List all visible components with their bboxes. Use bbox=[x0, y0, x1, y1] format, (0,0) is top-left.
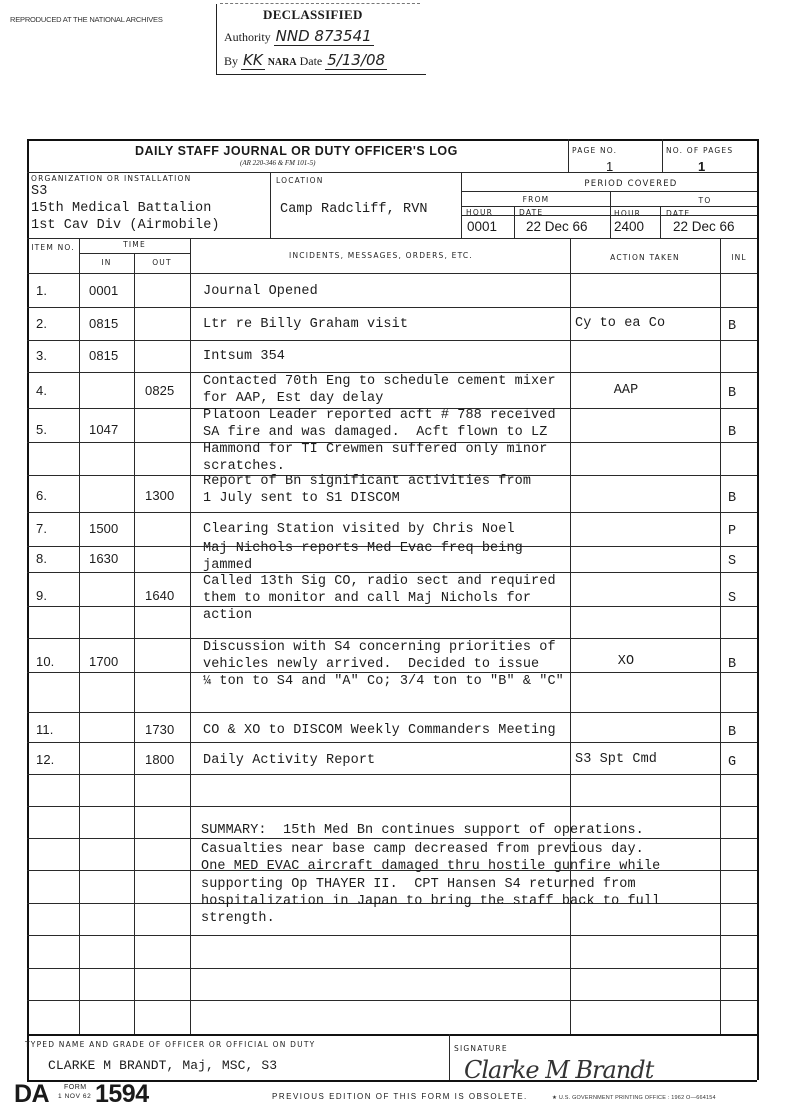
entry-time-in: 0815 bbox=[89, 348, 118, 363]
entry-initials: B bbox=[728, 491, 736, 506]
entry-item-no: 2. bbox=[36, 316, 47, 331]
entry-text-line: SA fire and was damaged. Acft flown to L… bbox=[203, 424, 556, 441]
to-hour-value: 2400 bbox=[614, 219, 644, 234]
entry-time-out: 0825 bbox=[145, 383, 174, 398]
column-line bbox=[449, 1034, 450, 1080]
entry-text-line: CO & XO to DISCOM Weekly Commanders Meet… bbox=[203, 722, 556, 739]
col-time-in: IN bbox=[79, 258, 134, 267]
summary-line: strength. bbox=[201, 910, 660, 927]
organization-label: ORGANIZATION OR INSTALLATION bbox=[31, 174, 191, 183]
entry-item-no: 6. bbox=[36, 488, 47, 503]
column-line bbox=[270, 172, 271, 238]
entry-item-no: 11. bbox=[36, 722, 53, 737]
entry-text-line: Maj Nichols reports Med Evac freq being bbox=[203, 540, 523, 557]
entry-time-in: 1630 bbox=[89, 551, 118, 566]
entry-text-line: Journal Opened bbox=[203, 283, 318, 300]
rule-line bbox=[27, 273, 757, 274]
rule-line bbox=[27, 712, 757, 713]
entry-text-line: 1 July sent to S1 DISCOM bbox=[203, 490, 531, 507]
stamp-title: DECLASSIFIED bbox=[263, 7, 363, 23]
entry-text-line: jammed bbox=[203, 557, 523, 574]
column-line bbox=[660, 206, 661, 238]
col-initials: INL bbox=[720, 253, 758, 262]
entry-initials: B bbox=[728, 725, 736, 740]
signature-label: SIGNATURE bbox=[454, 1044, 508, 1053]
summary-line: SUMMARY: 15th Med Bn continues support o… bbox=[201, 822, 660, 839]
entry-time-out: 1640 bbox=[145, 588, 174, 603]
entry-text: CO & XO to DISCOM Weekly Commanders Meet… bbox=[203, 722, 556, 739]
page-no-label: PAGE NO. bbox=[572, 146, 617, 155]
by-label: By bbox=[224, 54, 238, 68]
entry-item-no: 3. bbox=[36, 348, 47, 363]
form-border-top bbox=[27, 139, 757, 141]
rule-line bbox=[27, 742, 757, 743]
column-line bbox=[720, 238, 721, 1034]
org-line: S3 bbox=[31, 183, 220, 200]
entry-initials: P bbox=[728, 524, 736, 539]
col-incidents: INCIDENTS, MESSAGES, ORDERS, ETC. bbox=[192, 251, 570, 260]
location-value: Camp Radcliff, RVN bbox=[280, 202, 428, 217]
rule-line bbox=[27, 238, 757, 239]
entry-text-line: Clearing Station visited by Chris Noel bbox=[203, 521, 515, 538]
no-of-pages-value: 1 bbox=[698, 159, 705, 174]
entry-initials: B bbox=[728, 386, 736, 401]
entry-item-no: 12. bbox=[36, 752, 54, 767]
rule-line bbox=[27, 935, 757, 936]
entry-action-taken: Cy to ea Co bbox=[575, 316, 665, 331]
from-hour-label: HOUR bbox=[466, 208, 493, 217]
from-date-value: 22 Dec 66 bbox=[526, 219, 588, 234]
entry-text-line: Ltr re Billy Graham visit bbox=[203, 316, 408, 333]
entry-initials: B bbox=[728, 319, 736, 334]
column-line bbox=[190, 238, 191, 1034]
summary-line: Casualties near base camp decreased from… bbox=[201, 841, 660, 858]
from-date-label: DATE bbox=[519, 208, 543, 217]
officer-label: TYPED NAME AND GRADE OF OFFICER OR OFFIC… bbox=[25, 1040, 315, 1049]
column-line bbox=[662, 139, 663, 173]
entry-item-no: 1. bbox=[36, 283, 47, 298]
column-line bbox=[134, 253, 135, 1034]
summary-line: One MED EVAC aircraft damaged thru hosti… bbox=[201, 858, 660, 875]
entry-time-out: 1800 bbox=[145, 752, 174, 767]
organization-value: S3 15th Medical Battalion 1st Cav Div (A… bbox=[31, 183, 220, 234]
entry-text: Discussion with S4 concerning priorities… bbox=[203, 639, 564, 690]
entry-text-line: Contacted 70th Eng to schedule cement mi… bbox=[203, 373, 556, 390]
rule-line bbox=[461, 191, 757, 192]
page-no-value: 1 bbox=[606, 159, 613, 174]
summary-line: supporting Op THAYER II. CPT Hansen S4 r… bbox=[201, 876, 660, 893]
entry-initials: S bbox=[728, 591, 736, 606]
period-covered-label: PERIOD COVERED bbox=[462, 179, 800, 189]
entry-action-taken: AAP bbox=[596, 383, 656, 398]
nara-label: NARA bbox=[268, 57, 297, 68]
entry-time-in: 1500 bbox=[89, 521, 118, 536]
entry-text: Called 13th Sig CO, radio sect and requi… bbox=[203, 573, 556, 624]
obsolete-notice: PREVIOUS EDITION OF THIS FORM IS OBSOLET… bbox=[272, 1092, 528, 1101]
entry-item-no: 5. bbox=[36, 422, 47, 437]
rule-line bbox=[27, 1000, 757, 1001]
entry-action-taken: XO bbox=[596, 654, 656, 669]
from-label: FROM bbox=[462, 195, 610, 204]
entry-text-line: ¼ ton to S4 and "A" Co; 3/4 ton to "B" &… bbox=[203, 673, 564, 690]
form-subtitle: (AR 220-346 & FM 101-5) bbox=[240, 159, 315, 167]
to-hour-label: HOUR bbox=[614, 209, 641, 218]
rule-line bbox=[79, 253, 190, 254]
entry-item-no: 7. bbox=[36, 521, 47, 536]
rule-line bbox=[461, 206, 757, 207]
footer-separator bbox=[27, 1034, 757, 1036]
rule-line bbox=[27, 774, 757, 775]
column-line bbox=[568, 139, 569, 173]
entry-text-line: Report of Bn significant activities from bbox=[203, 473, 531, 490]
entry-item-no: 10. bbox=[36, 654, 54, 669]
entry-text-line: Intsum 354 bbox=[203, 348, 285, 365]
no-of-pages-label: NO. OF PAGES bbox=[666, 146, 733, 155]
entry-item-no: 9. bbox=[36, 588, 47, 603]
by-value: KK bbox=[241, 51, 265, 70]
entry-time-out: 1300 bbox=[145, 488, 174, 503]
entry-initials: B bbox=[728, 657, 736, 672]
rule-line bbox=[27, 340, 757, 341]
entry-text-line: Platoon Leader reported acft # 788 recei… bbox=[203, 407, 556, 424]
entry-text: Contacted 70th Eng to schedule cement mi… bbox=[203, 373, 556, 407]
rule-line bbox=[27, 307, 757, 308]
form-prefix: DA bbox=[14, 1080, 49, 1107]
date-label: Date bbox=[300, 54, 323, 68]
entry-initials: S bbox=[728, 554, 736, 569]
summary-line: hospitalization in Japan to bring the st… bbox=[201, 893, 660, 910]
rule-line bbox=[27, 172, 757, 173]
entry-text-line: Daily Activity Report bbox=[203, 752, 375, 769]
entry-text: Ltr re Billy Graham visit bbox=[203, 316, 408, 333]
from-hour-value: 0001 bbox=[467, 219, 497, 234]
column-line bbox=[79, 238, 80, 1034]
stamp-by-line: By KK NARA Date 5/13/08 bbox=[224, 51, 387, 69]
entry-initials: B bbox=[728, 425, 736, 440]
entry-text: Intsum 354 bbox=[203, 348, 285, 365]
rule-line bbox=[27, 806, 757, 807]
form-border-right bbox=[757, 139, 759, 1080]
form-border-left bbox=[27, 139, 29, 1080]
officer-name: CLARKE M BRANDT, Maj, MSC, S3 bbox=[48, 1058, 277, 1073]
entry-time-in: 0815 bbox=[89, 316, 118, 331]
to-date-label: DATE bbox=[666, 209, 690, 218]
rule-line bbox=[461, 215, 757, 216]
summary-block: SUMMARY: 15th Med Bn continues support o… bbox=[201, 822, 660, 927]
archive-notice: REPRODUCED AT THE NATIONAL ARCHIVES bbox=[10, 15, 163, 24]
rule-line bbox=[27, 968, 757, 969]
column-line bbox=[514, 206, 515, 238]
entry-text: Clearing Station visited by Chris Noel bbox=[203, 521, 515, 538]
entry-text-line: Called 13th Sig CO, radio sect and requi… bbox=[203, 573, 556, 590]
col-time: TIME bbox=[79, 240, 190, 249]
authority-label: Authority bbox=[224, 30, 271, 44]
entry-action-taken: S3 Spt Cmd bbox=[575, 752, 657, 767]
signature: Clarke M Brandt bbox=[464, 1056, 653, 1084]
rule-line bbox=[27, 512, 757, 513]
authority-value: NND 873541 bbox=[274, 27, 374, 46]
entry-text: Platoon Leader reported acft # 788 recei… bbox=[203, 407, 556, 475]
entry-text-line: vehicles newly arrived. Decided to issue bbox=[203, 656, 564, 673]
printer-notice: ★ U.S. GOVERNMENT PRINTING OFFICE : 1962… bbox=[552, 1095, 716, 1101]
form-word: FORM bbox=[64, 1084, 87, 1091]
col-time-out: OUT bbox=[134, 258, 190, 267]
entry-text-line: Hammond for TI Crewmen suffered only min… bbox=[203, 441, 556, 458]
entry-initials: G bbox=[728, 755, 736, 770]
entry-item-no: 8. bbox=[36, 551, 47, 566]
entry-text: Report of Bn significant activities from… bbox=[203, 473, 531, 507]
entry-time-in: 1047 bbox=[89, 422, 118, 437]
to-date-value: 22 Dec 66 bbox=[673, 219, 735, 234]
form-title: DAILY STAFF JOURNAL OR DUTY OFFICER'S LO… bbox=[135, 144, 458, 158]
entry-text-line: Discussion with S4 concerning priorities… bbox=[203, 639, 564, 656]
entry-time-out: 1730 bbox=[145, 722, 174, 737]
org-line: 15th Medical Battalion bbox=[31, 200, 220, 217]
form-number: 1594 bbox=[95, 1080, 149, 1107]
col-action-taken: ACTION TAKEN bbox=[570, 253, 720, 262]
stamp-date-value: 5/13/08 bbox=[325, 51, 387, 70]
entry-text: Journal Opened bbox=[203, 283, 318, 300]
entry-text-line: action bbox=[203, 607, 556, 624]
entry-text: Daily Activity Report bbox=[203, 752, 375, 769]
entry-text: Maj Nichols reports Med Evac freq beingj… bbox=[203, 540, 523, 574]
form-date: 1 NOV 62 bbox=[58, 1093, 91, 1100]
stamp-authority: Authority NND 873541 bbox=[224, 27, 374, 45]
location-label: LOCATION bbox=[276, 176, 324, 185]
entry-text-line: for AAP, Est day delay bbox=[203, 390, 556, 407]
entry-time-in: 0001 bbox=[89, 283, 118, 298]
org-line: 1st Cav Div (Airmobile) bbox=[31, 217, 220, 234]
entry-time-in: 1700 bbox=[89, 654, 118, 669]
entry-text-line: them to monitor and call Maj Nichols for bbox=[203, 590, 556, 607]
to-label: TO bbox=[610, 196, 800, 205]
col-item-no: ITEM NO. bbox=[27, 242, 79, 253]
entry-item-no: 4. bbox=[36, 383, 47, 398]
